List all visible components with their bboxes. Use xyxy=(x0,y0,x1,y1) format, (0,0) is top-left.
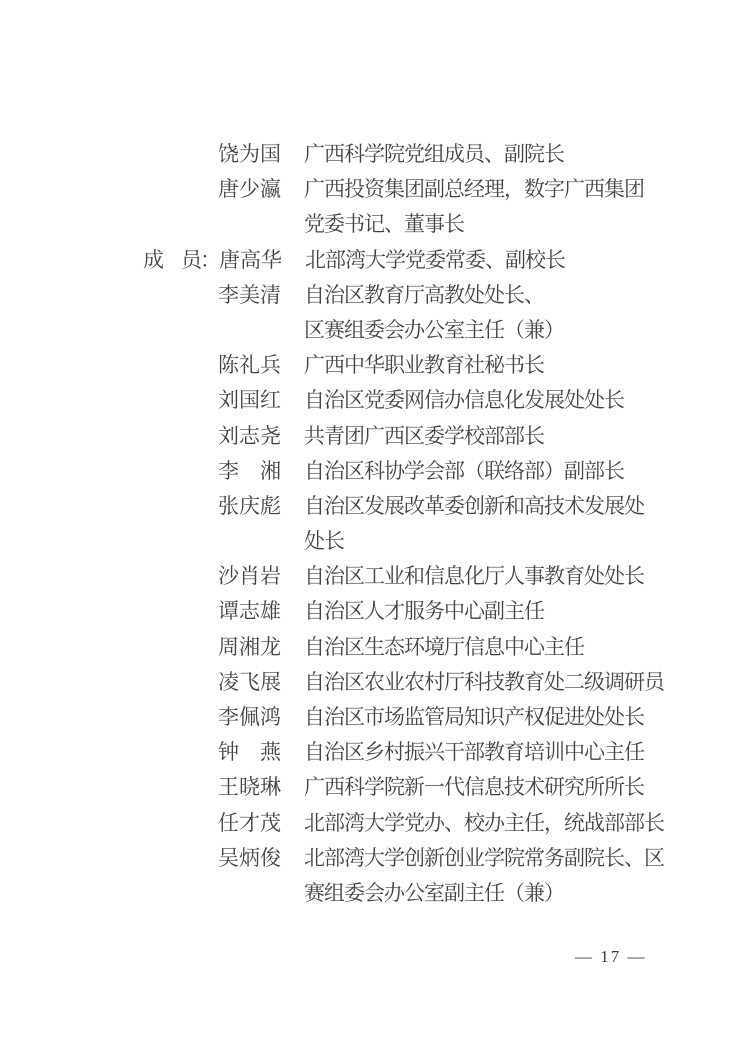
member-title: 自治区工业和信息化厅人事教育处处长 xyxy=(304,559,683,594)
member-title: 北部湾大学党办、校办主任，统战部部长 xyxy=(304,806,683,841)
member-name: 谭志雄 xyxy=(218,594,304,629)
member-name: 凌飞展 xyxy=(218,665,304,700)
member-list: 饶为国 广西科学院党组成员、副院长 唐少瀛 广西投资集团副总经理，数字广西集团 … xyxy=(143,137,683,911)
role-label xyxy=(143,137,218,172)
role-label xyxy=(143,700,218,735)
list-item: 凌飞展 自治区农业农村厅科技教育处二级调研员 xyxy=(143,665,683,700)
member-name xyxy=(218,876,304,911)
member-title: 自治区党委网信办信息化发展处处长 xyxy=(304,383,683,418)
member-title: 广西科学院党组成员、副院长 xyxy=(304,137,683,172)
member-title: 自治区教育厅高教处处长、 xyxy=(304,278,683,313)
role-label xyxy=(143,630,218,665)
member-title: 共青团广西区委学校部部长 xyxy=(304,419,683,454)
list-item: 吴炳俊 北部湾大学创新创业学院常务副院长、区 xyxy=(143,841,683,876)
list-item: 党委书记、董事长 xyxy=(143,207,683,242)
member-title: 自治区农业农村厅科技教育处二级调研员 xyxy=(304,665,683,700)
member-name xyxy=(218,524,304,559)
member-title: 北部湾大学党委常委、副校长 xyxy=(305,243,683,278)
member-name: 饶为国 xyxy=(218,137,304,172)
list-item: 李美清 自治区教育厅高教处处长、 xyxy=(143,278,683,313)
member-name xyxy=(218,207,304,242)
role-label xyxy=(143,383,218,418)
role-label xyxy=(143,841,218,876)
list-item: 李佩鸿 自治区市场监管局知识产权促进处处长 xyxy=(143,700,683,735)
member-name xyxy=(218,313,304,348)
list-item: 任才茂 北部湾大学党办、校办主任，统战部部长 xyxy=(143,806,683,841)
member-name: 李 湘 xyxy=(218,454,304,489)
document-page: 饶为国 广西科学院党组成员、副院长 唐少瀛 广西投资集团副总经理，数字广西集团 … xyxy=(0,0,750,1060)
list-item: 钟 燕 自治区乡村振兴干部教育培训中心主任 xyxy=(143,735,683,770)
role-label xyxy=(143,559,218,594)
page-number: — 17 — xyxy=(575,946,647,968)
member-name: 唐高华 xyxy=(219,243,305,278)
member-title: 北部湾大学创新创业学院常务副院长、区 xyxy=(304,841,683,876)
member-title: 广西中华职业教育社秘书长 xyxy=(304,348,683,383)
list-item: 张庆彪 自治区发展改革委创新和高技术发展处 xyxy=(143,489,683,524)
list-item: 唐少瀛 广西投资集团副总经理，数字广西集团 xyxy=(143,172,683,207)
member-title: 处长 xyxy=(304,524,683,559)
role-label xyxy=(143,419,218,454)
member-name: 陈礼兵 xyxy=(218,348,304,383)
role-label: 成 员： xyxy=(143,243,219,278)
list-item: 刘国红 自治区党委网信办信息化发展处处长 xyxy=(143,383,683,418)
member-title: 自治区市场监管局知识产权促进处处长 xyxy=(304,700,683,735)
member-title: 赛组委会办公室副主任（兼） xyxy=(304,876,683,911)
role-label xyxy=(143,770,218,805)
role-label xyxy=(143,735,218,770)
list-item: 区赛组委会办公室主任（兼） xyxy=(143,313,683,348)
role-label xyxy=(143,454,218,489)
list-item: 谭志雄 自治区人才服务中心副主任 xyxy=(143,594,683,629)
member-title: 区赛组委会办公室主任（兼） xyxy=(304,313,683,348)
member-name: 李佩鸿 xyxy=(218,700,304,735)
role-label xyxy=(143,313,218,348)
member-name: 钟 燕 xyxy=(218,735,304,770)
list-item: 陈礼兵 广西中华职业教育社秘书长 xyxy=(143,348,683,383)
role-label xyxy=(143,278,218,313)
member-name: 沙肖岩 xyxy=(218,559,304,594)
member-title: 广西投资集团副总经理，数字广西集团 xyxy=(304,172,683,207)
member-name: 李美清 xyxy=(218,278,304,313)
member-name: 周湘龙 xyxy=(218,630,304,665)
list-item: 王晓琳 广西科学院新一代信息技术研究所所长 xyxy=(143,770,683,805)
member-title: 广西科学院新一代信息技术研究所所长 xyxy=(304,770,683,805)
member-name: 任才茂 xyxy=(218,806,304,841)
member-name: 刘志尧 xyxy=(218,419,304,454)
role-label xyxy=(143,594,218,629)
list-item: 沙肖岩 自治区工业和信息化厅人事教育处处长 xyxy=(143,559,683,594)
member-name: 吴炳俊 xyxy=(218,841,304,876)
list-item: 成 员： 唐高华 北部湾大学党委常委、副校长 xyxy=(143,243,683,278)
role-label xyxy=(143,524,218,559)
role-label xyxy=(143,172,218,207)
role-label xyxy=(143,489,218,524)
list-item: 赛组委会办公室副主任（兼） xyxy=(143,876,683,911)
list-item: 李 湘 自治区科协学会部（联络部）副部长 xyxy=(143,454,683,489)
role-label xyxy=(143,876,218,911)
list-item: 周湘龙 自治区生态环境厅信息中心主任 xyxy=(143,630,683,665)
role-label xyxy=(143,207,218,242)
member-name: 唐少瀛 xyxy=(218,172,304,207)
member-title: 自治区科协学会部（联络部）副部长 xyxy=(304,454,683,489)
list-item: 饶为国 广西科学院党组成员、副院长 xyxy=(143,137,683,172)
member-title: 自治区发展改革委创新和高技术发展处 xyxy=(304,489,683,524)
member-name: 王晓琳 xyxy=(218,770,304,805)
member-title: 党委书记、董事长 xyxy=(304,207,683,242)
list-item: 刘志尧 共青团广西区委学校部部长 xyxy=(143,419,683,454)
member-title: 自治区人才服务中心副主任 xyxy=(304,594,683,629)
member-name: 刘国红 xyxy=(218,383,304,418)
member-title: 自治区生态环境厅信息中心主任 xyxy=(304,630,683,665)
member-name: 张庆彪 xyxy=(218,489,304,524)
role-label xyxy=(143,806,218,841)
member-title: 自治区乡村振兴干部教育培训中心主任 xyxy=(304,735,683,770)
role-label xyxy=(143,665,218,700)
role-label xyxy=(143,348,218,383)
list-item: 处长 xyxy=(143,524,683,559)
